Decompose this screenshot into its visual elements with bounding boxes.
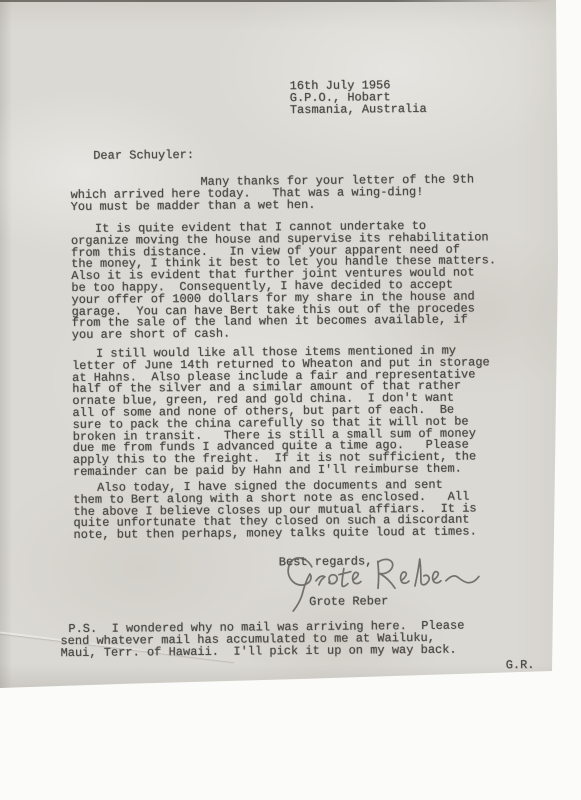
paragraph-3: I still would like all those items menti… bbox=[72, 345, 491, 478]
letter-page: 16th July 1956G.P.O., HobartTasmania, Au… bbox=[0, 0, 561, 692]
postscript: P.S. I wondered why no mail was arriving… bbox=[60, 621, 464, 660]
text-line: Tasmania, Australia bbox=[290, 103, 427, 116]
letter-text-layer: 16th July 1956G.P.O., HobartTasmania, Au… bbox=[0, 0, 564, 695]
text-line: note, but then perhaps, money talks quit… bbox=[73, 527, 476, 542]
text-line: remainder can be paid by Hahn and I'll r… bbox=[73, 463, 491, 478]
letter-heading: 16th July 1956G.P.O., HobartTasmania, Au… bbox=[290, 80, 427, 117]
text-line: You must be madder than a wet hen. bbox=[71, 198, 475, 213]
text-line: Maui, Terr. of Hawaii. I'll pick it up o… bbox=[61, 644, 465, 659]
text-line: you are short of cash. bbox=[72, 326, 497, 342]
paragraph-2: It is quite evident that I cannot undert… bbox=[71, 220, 497, 342]
scan-background: 16th July 1956G.P.O., HobartTasmania, Au… bbox=[0, 0, 581, 800]
salutation: Dear Schuyler: bbox=[93, 150, 194, 163]
sender-initials: G.R. bbox=[506, 660, 535, 672]
typed-signature-name: Grote Reber bbox=[309, 596, 388, 608]
paragraph-4: Also today, I have signed the documents … bbox=[73, 479, 477, 542]
paragraph-1: Many thanks for your letter of the 9thwh… bbox=[70, 174, 474, 213]
